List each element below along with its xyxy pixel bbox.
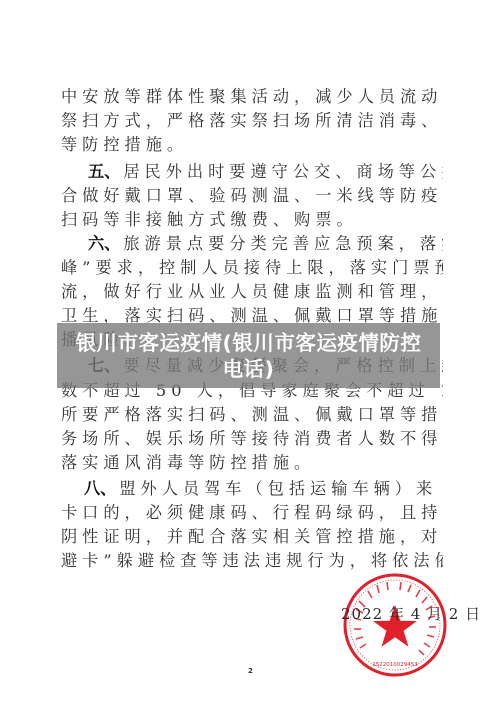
text-line: 等防控措施。 [61, 134, 443, 156]
seal-number: 1522010029453 [372, 662, 418, 668]
text-line: 避卡”躲避检查等违法违规行为，将依法依规严肃处理。 [61, 550, 443, 572]
section-heading-eight: 八、 [84, 479, 116, 498]
text-line: 旅游景点要分类完善应急预案，落实“限量、预约、错 [123, 234, 443, 253]
text-line: 合做好戴口罩、验码测温、一米线等防疫规定，尽量选择刷卡、 [61, 185, 443, 207]
text-line: 盟外人员驾车（包括运输车辆）来（返）我市途经公路 [119, 479, 443, 498]
text-line: 阴性证明，并配合落实相关管控措施，对擅自撕毁封条、“绕关 [61, 526, 443, 548]
title-overlay: 银川市客运疫情(银川市客运疫情防控 电话) [57, 323, 440, 388]
overlay-title-line-2: 电话) [223, 356, 275, 382]
text-line: 所要严格落实扫码、测温、佩戴口罩等措施。演出场所、上网服 [61, 404, 443, 426]
text-line: 落实通风消毒等防控措施。 [61, 452, 443, 474]
paragraph-eight-first-line: 八、盟外人员驾车（包括运输车辆）来（返）我市途经公路 [84, 478, 443, 500]
text-line: 祭扫方式，严格落实祭扫场所清洁消毒、祭扫人员测温、戴口罩 [61, 110, 443, 132]
text-line: 务场所、娱乐场所等接待消费者人数不得超过最大承载量，严格 [61, 428, 443, 450]
text-line: 扫码等非接触方式缴费、购票。 [61, 209, 443, 231]
section-heading-five: 五、 [88, 162, 120, 181]
text-line: 流，做好行业从业人员健康监测和管理，强化饮水、食品和环境 [61, 281, 443, 303]
text-line: 卡口的，必须健康码、行程码绿码，且持有 48 小时内核酸检测 [61, 502, 443, 524]
section-heading-six: 六、 [88, 234, 120, 253]
text-line: 中安放等群体性聚集活动，减少人员流动和聚集，倡导文明低碳 [61, 86, 443, 108]
official-seal-icon: 1522010029453 [341, 571, 449, 679]
overlay-title-line-1: 银川市客运疫情(银川市客运疫情防控 [76, 330, 422, 356]
page-number: 2 [248, 667, 253, 675]
paragraph-six-first-line: 六、旅游景点要分类完善应急预案，落实“限量、预约、错 [88, 233, 443, 255]
paragraph-five-first-line: 五、居民外出时要遵守公交、商场等公共场所防疫要求，配 [88, 161, 443, 183]
text-line: 居民外出时要遵守公交、商场等公共场所防疫要求，配 [123, 162, 443, 181]
text-line: 峰”要求，控制人员接待上限，落实门票预约制度，及时疏导客 [61, 257, 443, 279]
document-date: 2022 年 4 月 2 日 [341, 603, 453, 625]
